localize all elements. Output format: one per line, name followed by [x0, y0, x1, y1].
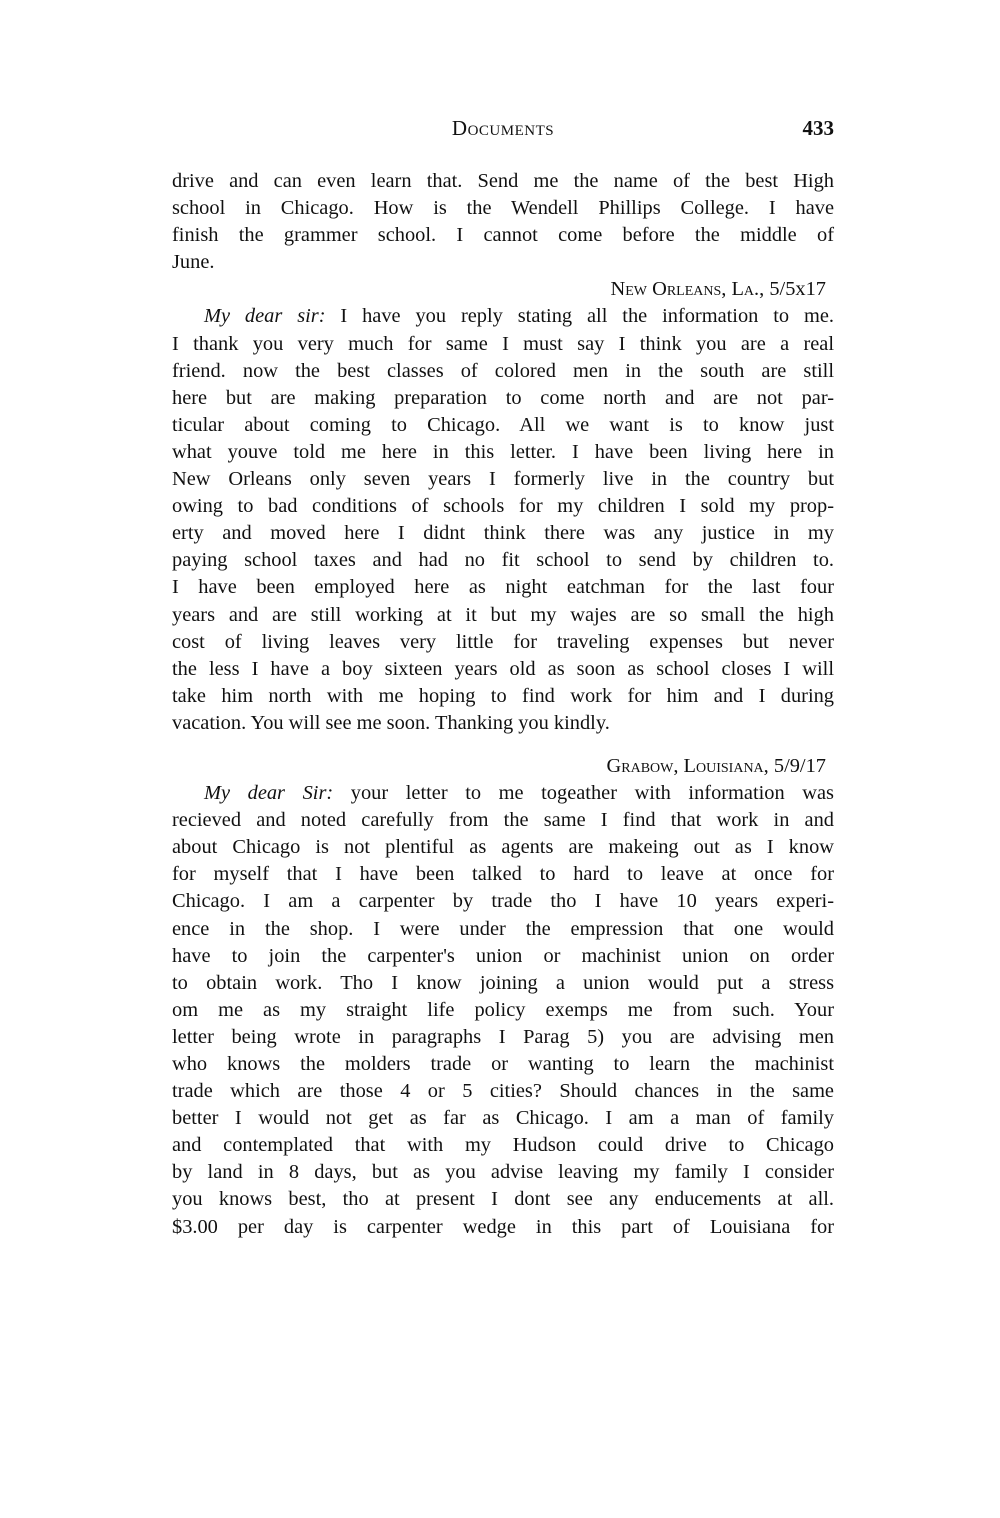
text-line: $3.00 per day is carpenter wedge in this…	[172, 1214, 834, 1241]
text-line: you knows best, tho at present I dont se…	[172, 1186, 834, 1213]
text-line: school in Chicago. How is the Wendell Ph…	[172, 195, 834, 222]
dateline-place: Grabow, Louisiana,	[607, 755, 769, 777]
text-line: cost of living leaves very little for tr…	[172, 629, 834, 656]
text-line: the less I have a boy sixteen years old …	[172, 656, 834, 683]
text-line: recieved and noted carefully from the sa…	[172, 807, 834, 834]
salutation-line: My dear Sir: your letter to me togeather…	[172, 780, 834, 807]
running-head: Documents 433	[172, 116, 834, 144]
running-title: Documents	[172, 116, 834, 141]
text-line: June.	[172, 249, 834, 276]
text-line: what youve told me here in this letter. …	[172, 439, 834, 466]
text-line: to obtain work. Tho I know joining a uni…	[172, 970, 834, 997]
page-number: 433	[803, 116, 835, 141]
salutation-line: My dear sir: I have you reply stating al…	[172, 303, 834, 330]
text-line: here but are making preparation to come …	[172, 385, 834, 412]
dateline: Grabow, Louisiana, 5/9/17	[172, 753, 834, 780]
text-line: owing to bad conditions of schools for m…	[172, 493, 834, 520]
continuation-paragraph: drive and can even learn that. Send me t…	[172, 168, 834, 276]
dateline-date: 5/5x17	[769, 278, 826, 300]
text-line: I thank you very much for same I must sa…	[172, 331, 834, 358]
salutation-rest: I have you reply stating all the informa…	[340, 305, 834, 327]
letter-new-orleans: New Orleans, La., 5/5x17 My dear sir: I …	[172, 276, 834, 737]
salutation-rest: your letter to me togeather with informa…	[351, 782, 834, 804]
text-line: letter being wrote in paragraphs I Parag…	[172, 1024, 834, 1051]
body-text: drive and can even learn that. Send me t…	[172, 168, 834, 1241]
text-line: erty and moved here I didnt think there …	[172, 520, 834, 547]
text-line: about Chicago is not plentiful as agents…	[172, 834, 834, 861]
text-line: drive and can even learn that. Send me t…	[172, 168, 834, 195]
text-line: by land in 8 days, but as you advise lea…	[172, 1159, 834, 1186]
text-line: have to join the carpenter's union or ma…	[172, 943, 834, 970]
text-line: take him north with me hoping to find wo…	[172, 683, 834, 710]
dateline: New Orleans, La., 5/5x17	[172, 276, 834, 303]
letter-grabow: Grabow, Louisiana, 5/9/17 My dear Sir: y…	[172, 753, 834, 1241]
text-line: friend. now the best classes of colored …	[172, 358, 834, 385]
text-line: trade which are those 4 or 5 cities? Sho…	[172, 1078, 834, 1105]
text-line: vacation. You will see me soon. Thanking…	[172, 710, 834, 737]
dateline-place: New Orleans, La.,	[611, 278, 765, 300]
text-line: ticular about coming to Chicago. All we …	[172, 412, 834, 439]
text-line: paying school taxes and had no fit schoo…	[172, 547, 834, 574]
text-line: who knows the molders trade or wanting t…	[172, 1051, 834, 1078]
text-line: Chicago. I am a carpenter by trade tho I…	[172, 888, 834, 915]
salutation: My dear sir:	[204, 305, 326, 327]
text-line: years and are still working at it but my…	[172, 602, 834, 629]
text-line: om me as my straight life policy exemps …	[172, 997, 834, 1024]
text-line: New Orleans only seven years I formerly …	[172, 466, 834, 493]
text-line: ence in the shop. I were under the empre…	[172, 916, 834, 943]
text-line: I have been employed here as night eatch…	[172, 574, 834, 601]
text-line: better I would not get as far as Chicago…	[172, 1105, 834, 1132]
dateline-date: 5/9/17	[774, 755, 826, 777]
text-line: finish the grammer school. I cannot come…	[172, 222, 834, 249]
letter-separator	[172, 737, 834, 753]
text-line: and contemplated that with my Hudson cou…	[172, 1132, 834, 1159]
text-line: for myself that I have been talked to ha…	[172, 861, 834, 888]
salutation: My dear Sir:	[204, 782, 333, 804]
